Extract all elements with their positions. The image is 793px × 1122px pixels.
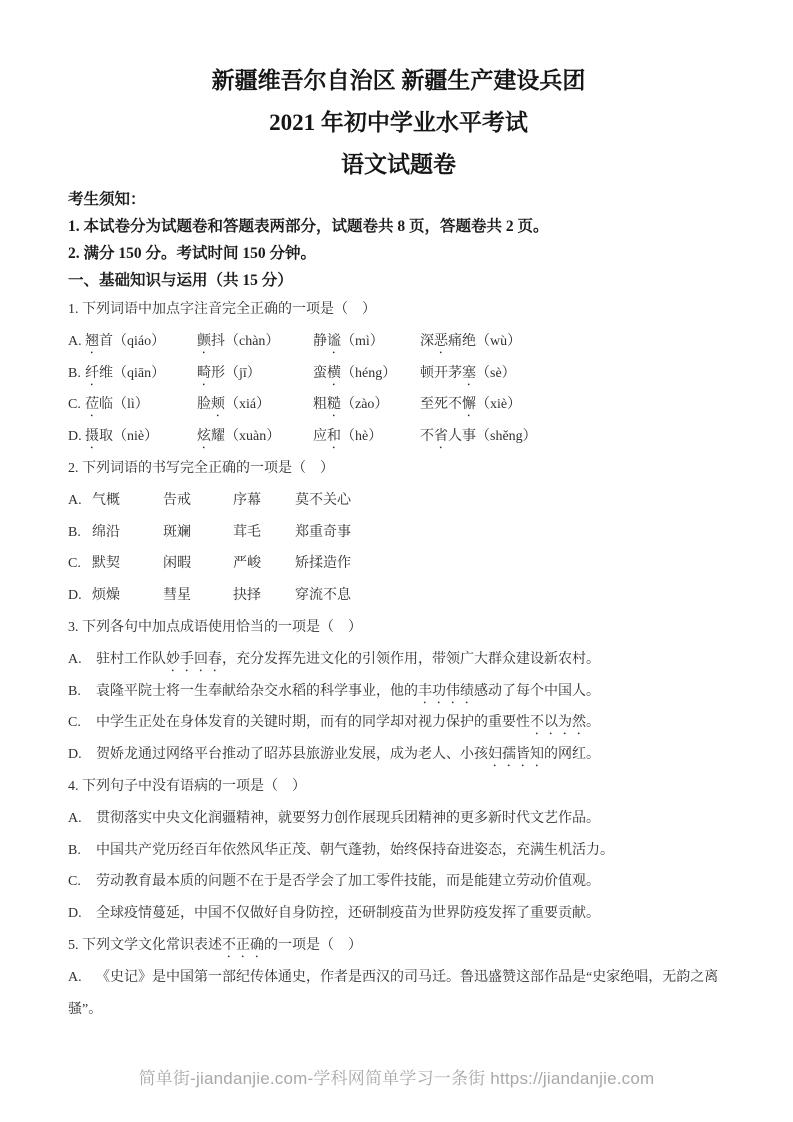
question-1-option-c: C.莅临（lì）脸颊（xiá）粗糙（zào）至死不懈（xiè） <box>68 389 729 421</box>
option-term: 穿流不息 <box>295 580 351 612</box>
question-1-option-b: B.纤维（qiān）畸形（jī）蛮横（héng）顿开茅塞（sè） <box>68 358 729 390</box>
question-4: 4. 下列句子中没有语病的一项是（ ） A.贯彻落实中央文化润疆精神，就要努力创… <box>68 771 729 930</box>
question-4-option-a: A.贯彻落实中央文化润疆精神，就要努力创作展现兵团精神的更多新时代文艺作品。 <box>68 803 729 835</box>
option-term: 粗糙（zào） <box>313 389 420 421</box>
question-5-option-a: A.《史记》是中国第一部纪传体通史，作者是西汉的司马迁。鲁迅盛赞这部作品是“史家… <box>68 962 729 1026</box>
option-label: A. <box>68 962 96 994</box>
option-text: 贺娇龙通过网络平台推动了昭苏县旅游业发展，成为老人、小孩妇孺皆知的网红。 <box>96 747 600 762</box>
option-label: B. <box>68 676 96 708</box>
question-1-option-a: A.翘首（qiáo）颤抖（chàn）静谧（mì）深恶痛绝（wù） <box>68 326 729 358</box>
option-term: 应和（hè） <box>313 421 420 453</box>
option-label: C. <box>68 389 85 421</box>
option-term: 绵沿 <box>92 517 163 549</box>
option-term: 闲暇 <box>163 548 233 580</box>
question-2: 2. 下列词语的书写完全正确的一项是（ ） A.气概告戒序幕莫不关心 B.绵沿斑… <box>68 453 729 612</box>
option-term: 默契 <box>92 548 163 580</box>
option-term: 郑重奇事 <box>295 517 351 549</box>
option-label: D. <box>68 580 92 612</box>
option-term: 摄取（niè） <box>85 421 197 453</box>
option-label: A. <box>68 644 96 676</box>
option-label: C. <box>68 707 96 739</box>
question-3-option-b: B.袁隆平院士将一生奉献给杂交水稻的科学事业，他的丰功伟绩感动了每个中国人。 <box>68 676 729 708</box>
watermark-footer: 简单街-jiandanjie.com-学科网简单学习一条街 https://ji… <box>0 1064 793 1089</box>
option-term: 告戒 <box>163 485 233 517</box>
question-5-stem: 5. 下列文学文化常识表述不正确的一项是（ ） <box>68 930 729 962</box>
option-label: A. <box>68 803 96 835</box>
option-term: 莅临（lì） <box>85 389 197 421</box>
option-label: B. <box>68 358 85 390</box>
question-1: 1. 下列词语中加点字注音完全正确的一项是（ ） A.翘首（qiáo）颤抖（ch… <box>68 294 729 453</box>
option-term: 脸颊（xiá） <box>197 389 313 421</box>
notice-heading: 考生须知： <box>68 186 729 213</box>
option-label: D. <box>68 421 85 453</box>
question-1-option-d: D.摄取（niè）炫耀（xuàn）应和（hè）不省人事（shěng） <box>68 421 729 453</box>
option-term: 炫耀（xuàn） <box>197 421 313 453</box>
exam-paper-page: 新疆维吾尔自治区 新疆生产建设兵团 2021 年初中学业水平考试 语文试题卷 考… <box>0 0 793 1122</box>
question-4-stem: 4. 下列句子中没有语病的一项是（ ） <box>68 771 729 803</box>
question-4-option-b: B.中国共产党历经百年依然风华正茂、朝气蓬勃，始终保持奋进姿态，充满生机活力。 <box>68 835 729 867</box>
option-text: 中学生正处在身体发育的关键时期，而有的同学却对视力保护的重要性不以为然。 <box>96 715 600 730</box>
option-term: 畸形（jī） <box>197 358 313 390</box>
option-term: 烦燥 <box>92 580 163 612</box>
option-term: 蛮横（héng） <box>313 358 420 390</box>
question-2-option-c: C.默契闲暇严峻矫揉造作 <box>68 548 729 580</box>
exam-title-year: 2021 年初中学业水平考试 <box>68 102 729 144</box>
question-2-option-a: A.气概告戒序幕莫不关心 <box>68 485 729 517</box>
section-heading: 一、基础知识与运用（共 15 分） <box>68 267 729 294</box>
option-term: 严峻 <box>233 548 295 580</box>
option-label: C. <box>68 548 92 580</box>
question-3-option-c: C.中学生正处在身体发育的关键时期，而有的同学却对视力保护的重要性不以为然。 <box>68 707 729 739</box>
option-term: 茸毛 <box>233 517 295 549</box>
question-2-option-b: B.绵沿斑斓茸毛郑重奇事 <box>68 517 729 549</box>
question-2-option-d: D.烦燥彗星抉择穿流不息 <box>68 580 729 612</box>
option-text: 贯彻落实中央文化润疆精神，就要努力创作展现兵团精神的更多新时代文艺作品。 <box>96 811 600 826</box>
option-term: 纤维（qiān） <box>85 358 197 390</box>
exam-title-region: 新疆维吾尔自治区 新疆生产建设兵团 <box>68 60 729 102</box>
option-term: 序幕 <box>233 485 295 517</box>
exam-header: 新疆维吾尔自治区 新疆生产建设兵团 2021 年初中学业水平考试 语文试题卷 <box>68 60 729 186</box>
option-text: 全球疫情蔓延，中国不仅做好自身防控，还研制疫苗为世界防疫发挥了重要贡献。 <box>96 906 600 921</box>
option-text: 驻村工作队妙手回春，充分发挥先进文化的引领作用，带领广大群众建设新农村。 <box>96 652 600 667</box>
option-label: A. <box>68 326 85 358</box>
question-3-option-d: D.贺娇龙通过网络平台推动了昭苏县旅游业发展，成为老人、小孩妇孺皆知的网红。 <box>68 739 729 771</box>
option-text: 袁隆平院士将一生奉献给杂交水稻的科学事业，他的丰功伟绩感动了每个中国人。 <box>96 684 600 699</box>
candidate-notice: 考生须知： 1. 本试卷分为试题卷和答题表两部分，试题卷共 8 页，答题卷共 2… <box>68 186 729 294</box>
option-term: 抉择 <box>233 580 295 612</box>
option-term: 顿开茅塞（sè） <box>420 358 516 390</box>
option-term: 至死不懈（xiè） <box>420 389 521 421</box>
option-label: C. <box>68 866 96 898</box>
question-2-stem: 2. 下列词语的书写完全正确的一项是（ ） <box>68 453 729 485</box>
option-term: 莫不关心 <box>295 485 351 517</box>
option-term: 气概 <box>92 485 163 517</box>
option-term: 深恶痛绝（wù） <box>420 326 521 358</box>
notice-item-2: 2. 满分 150 分。考试时间 150 分钟。 <box>68 240 729 267</box>
question-4-option-c: C.劳动教育最本质的问题不在于是否学会了加工零件技能，而是能建立劳动价值观。 <box>68 866 729 898</box>
question-3: 3. 下列各句中加点成语使用恰当的一项是（ ） A.驻村工作队妙手回春，充分发挥… <box>68 612 729 771</box>
option-text: 《史记》是中国第一部纪传体通史，作者是西汉的司马迁。鲁迅盛赞这部作品是“史家绝唱… <box>68 970 718 1017</box>
option-label: D. <box>68 739 96 771</box>
option-term: 不省人事（shěng） <box>420 421 537 453</box>
question-1-stem: 1. 下列词语中加点字注音完全正确的一项是（ ） <box>68 294 729 326</box>
option-label: B. <box>68 835 96 867</box>
option-term: 翘首（qiáo） <box>85 326 197 358</box>
option-text: 劳动教育最本质的问题不在于是否学会了加工零件技能，而是能建立劳动价值观。 <box>96 874 600 889</box>
option-term: 颤抖（chàn） <box>197 326 313 358</box>
option-term: 斑斓 <box>163 517 233 549</box>
option-term: 矫揉造作 <box>295 548 351 580</box>
question-5: 5. 下列文学文化常识表述不正确的一项是（ ） A.《史记》是中国第一部纪传体通… <box>68 930 729 1025</box>
option-text: 中国共产党历经百年依然风华正茂、朝气蓬勃，始终保持奋进姿态，充满生机活力。 <box>96 843 614 858</box>
question-3-stem: 3. 下列各句中加点成语使用恰当的一项是（ ） <box>68 612 729 644</box>
option-label: A. <box>68 485 92 517</box>
notice-item-1: 1. 本试卷分为试题卷和答题表两部分，试题卷共 8 页，答题卷共 2 页。 <box>68 213 729 240</box>
option-term: 静谧（mì） <box>313 326 420 358</box>
question-area: 1. 下列词语中加点字注音完全正确的一项是（ ） A.翘首（qiáo）颤抖（ch… <box>68 294 729 1025</box>
question-4-option-d: D.全球疫情蔓延，中国不仅做好自身防控，还研制疫苗为世界防疫发挥了重要贡献。 <box>68 898 729 930</box>
option-label: D. <box>68 898 96 930</box>
option-label: B. <box>68 517 92 549</box>
option-term: 彗星 <box>163 580 233 612</box>
question-3-option-a: A.驻村工作队妙手回春，充分发挥先进文化的引领作用，带领广大群众建设新农村。 <box>68 644 729 676</box>
exam-title-subject: 语文试题卷 <box>68 144 729 186</box>
